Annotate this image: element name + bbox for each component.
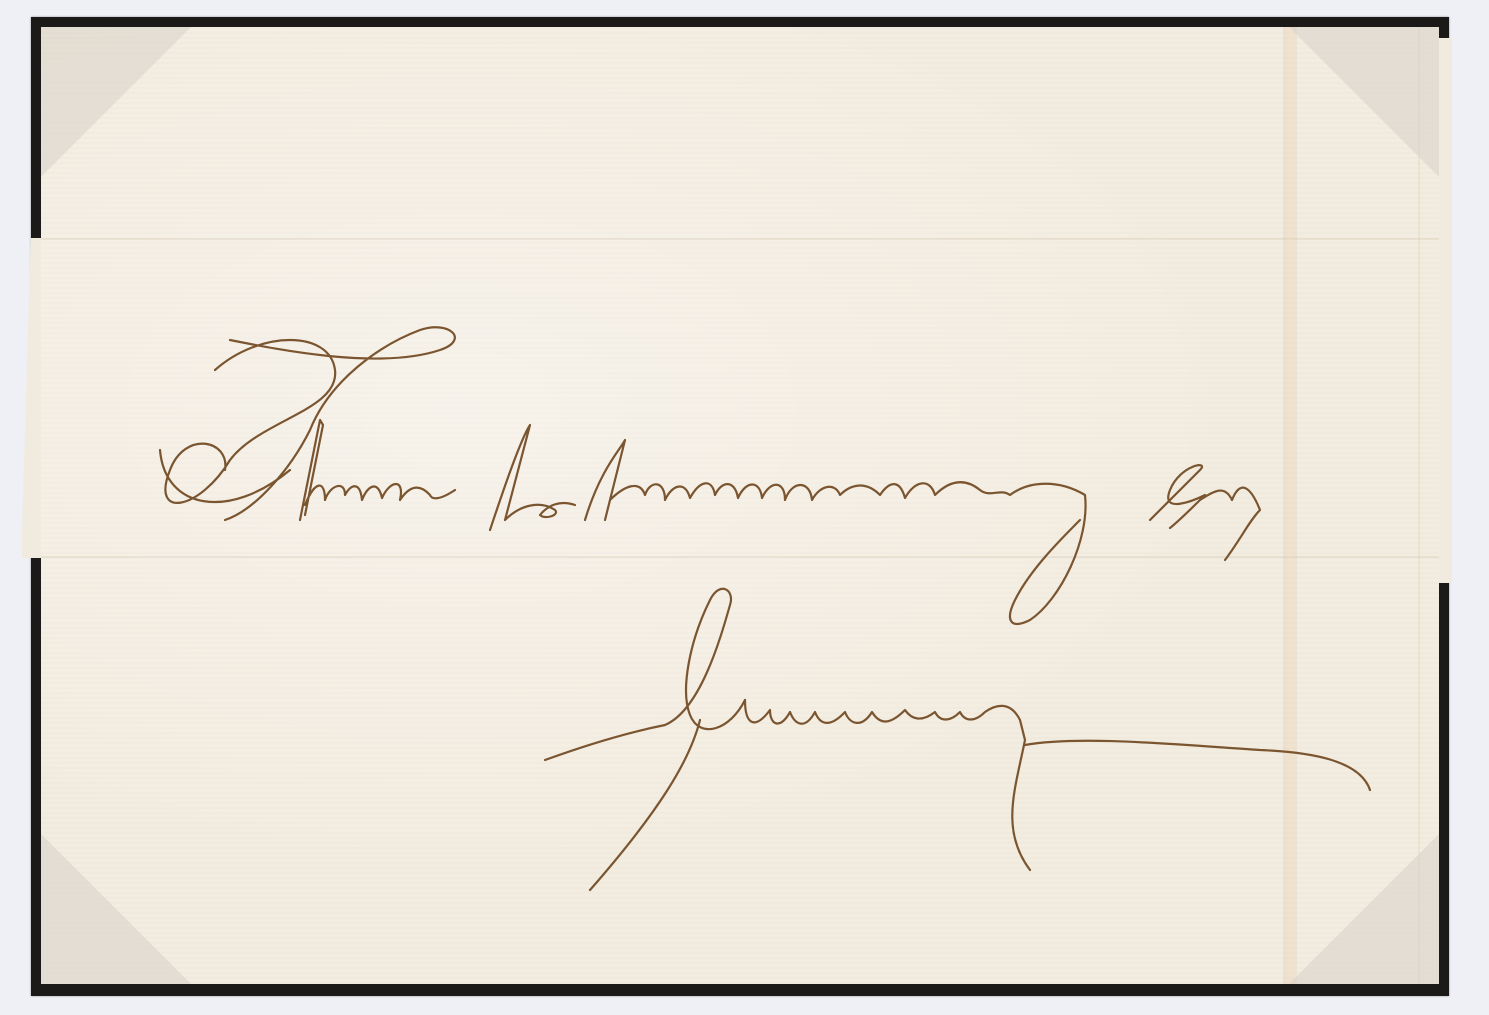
- word-esqr: [1150, 465, 1260, 560]
- word-sausmarez: [585, 440, 1086, 624]
- handwritten-address-ink: [0, 0, 1489, 1015]
- word-de: [490, 425, 575, 530]
- letter-T-flourish: [165, 340, 335, 503]
- word-thomas: [300, 420, 455, 520]
- word-uernsey: [745, 700, 1030, 870]
- letter-G: [545, 589, 745, 760]
- guernsey-tail-flourish: [1025, 741, 1370, 790]
- letter-G-descender: [590, 720, 700, 890]
